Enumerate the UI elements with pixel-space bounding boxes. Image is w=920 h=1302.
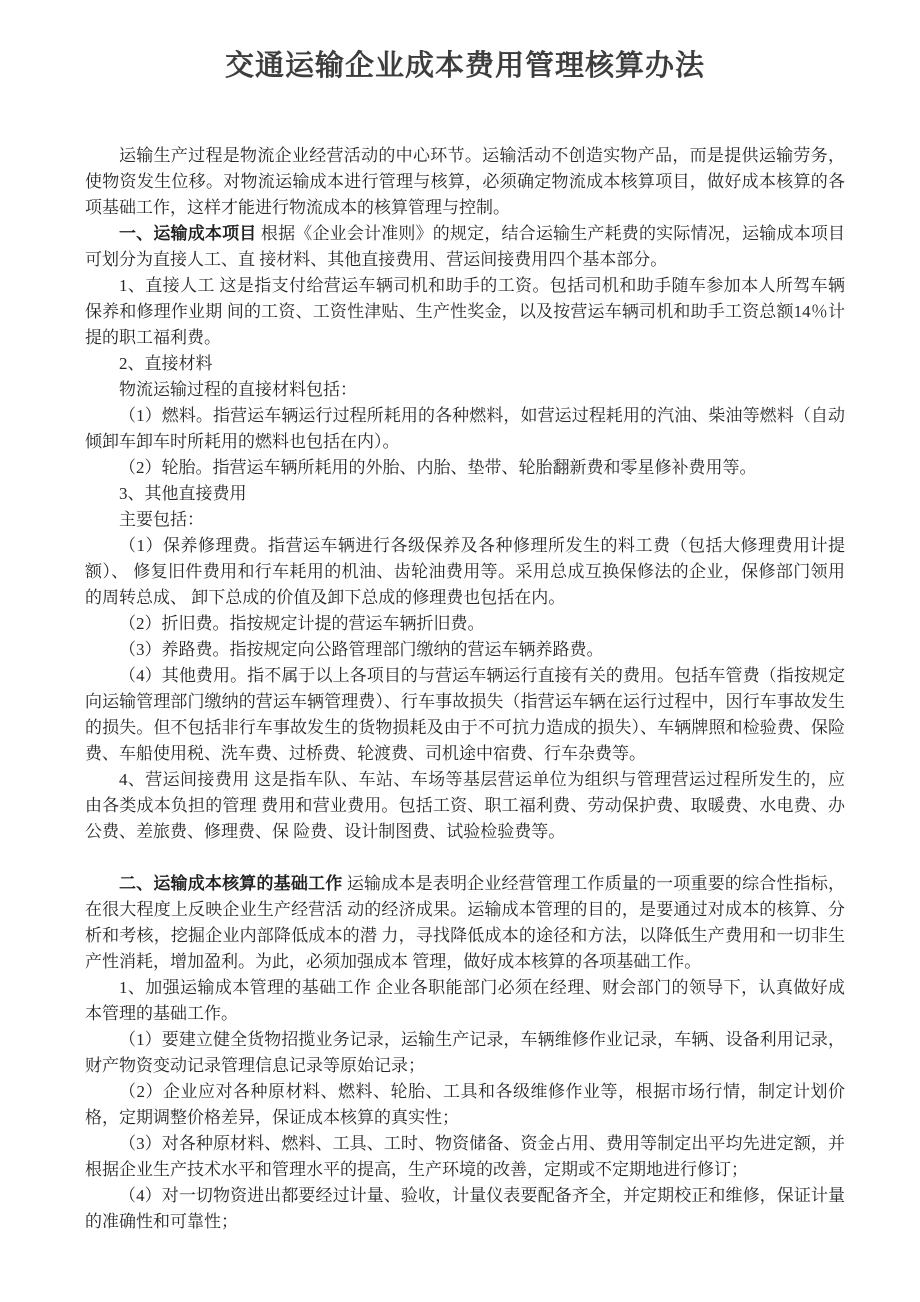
document-title: 交通运输企业成本费用管理核算办法 (85, 50, 845, 83)
paragraph: 运输生产过程是物流企业经营活动的中心环节。运输活动不创造实物产品，而是提供运输劳… (85, 143, 845, 221)
paragraph-text: 2、直接材料 (119, 354, 213, 373)
paragraph-text: 主要包括： (119, 510, 204, 529)
paragraph-lead: 一、运输成本项目 (119, 224, 256, 243)
paragraph-text: （3）养路费。指按规定向公路管理部门缴纳的营运车辆养路费。 (119, 640, 604, 659)
paragraph-text: 1、加强运输成本管理的基础工作 企业各职能部门必须在经理、财会部门的领导下，认真… (85, 978, 845, 1023)
paragraph: 1、直接人工 这是指支付给营运车辆司机和助手的工资。包括司机和助手随车参加本人所… (85, 273, 845, 351)
paragraph-text: 1、直接人工 这是指支付给营运车辆司机和助手的工资。包括司机和助手随车参加本人所… (85, 276, 845, 347)
paragraph-text: （2）折旧费。指按规定计提的营运车辆折旧费。 (119, 614, 485, 633)
paragraph-text: 3、其他直接费用 (119, 484, 247, 503)
paragraph: （1）保养修理费。指营运车辆进行各级保养及各种修理所发生的料工费（包括大修理费用… (85, 533, 845, 611)
paragraph-lead: 二、运输成本核算的基础工作 (119, 874, 342, 893)
paragraph-text: 运输生产过程是物流企业经营活动的中心环节。运输活动不创造实物产品，而是提供运输劳… (85, 146, 845, 217)
paragraph-text: （2）企业应对各种原材料、燃料、轮胎、工具和各级维修作业等，根据市场行情，制定计… (85, 1082, 845, 1127)
paragraph: （2）轮胎。指营运车辆所耗用的外胎、内胎、垫带、轮胎翻新费和零星修补费用等。 (85, 455, 845, 481)
paragraph: （4）对一切物资进出都要经过计量、验收，计量仪表要配备齐全，并定期校正和维修，保… (85, 1183, 845, 1235)
paragraph: （1）要建立健全货物招揽业务记录，运输生产记录，车辆维修作业记录，车辆、设备利用… (85, 1027, 845, 1079)
paragraph: 二、运输成本核算的基础工作 运输成本是表明企业经营管理工作质量的一项重要的综合性… (85, 871, 845, 975)
paragraph: （2）折旧费。指按规定计提的营运车辆折旧费。 (85, 611, 845, 637)
paragraph: 物流运输过程的直接材料包括： (85, 377, 845, 403)
paragraph: 主要包括： (85, 507, 845, 533)
paragraph-text: （1）保养修理费。指营运车辆进行各级保养及各种修理所发生的料工费（包括大修理费用… (85, 536, 845, 607)
paragraph: 一、运输成本项目 根据《企业会计准则》的规定，结合运输生产耗费的实际情况，运输成… (85, 221, 845, 273)
paragraph-text: 4、营运间接费用 这是指车队、车站、车场等基层营运单位为组织与管理营运过程所发生… (85, 770, 845, 841)
paragraph-text: （4）对一切物资进出都要经过计量、验收，计量仪表要配备齐全，并定期校正和维修，保… (85, 1186, 845, 1231)
paragraph: （2）企业应对各种原材料、燃料、轮胎、工具和各级维修作业等，根据市场行情，制定计… (85, 1079, 845, 1131)
paragraph: 3、其他直接费用 (85, 481, 845, 507)
paragraph-text: 物流运输过程的直接材料包括： (119, 380, 357, 399)
paragraph: 2、直接材料 (85, 351, 845, 377)
paragraph: （1）燃料。指营运车辆运行过程所耗用的各种燃料，如营运过程耗用的汽油、柴油等燃料… (85, 403, 845, 455)
document-page: 交通运输企业成本费用管理核算办法 运输生产过程是物流企业经营活动的中心环节。运输… (0, 0, 920, 1302)
paragraph: （3）养路费。指按规定向公路管理部门缴纳的营运车辆养路费。 (85, 637, 845, 663)
paragraph-text: （1）要建立健全货物招揽业务记录，运输生产记录，车辆维修作业记录，车辆、设备利用… (85, 1030, 845, 1075)
paragraph: 1、加强运输成本管理的基础工作 企业各职能部门必须在经理、财会部门的领导下，认真… (85, 975, 845, 1027)
paragraph: 4、营运间接费用 这是指车队、车站、车场等基层营运单位为组织与管理营运过程所发生… (85, 767, 845, 845)
paragraph: （4）其他费用。指不属于以上各项目的与营运车辆运行直接有关的费用。包括车管费（指… (85, 663, 845, 767)
paragraph-text: （3）对各种原材料、燃料、工具、工时、物资储备、资金占用、费用等制定出平均先进定… (85, 1134, 845, 1179)
paragraph: （3）对各种原材料、燃料、工具、工时、物资储备、资金占用、费用等制定出平均先进定… (85, 1131, 845, 1183)
paragraph-text: （4）其他费用。指不属于以上各项目的与营运车辆运行直接有关的费用。包括车管费（指… (85, 666, 845, 763)
paragraph-text: （1）燃料。指营运车辆运行过程所耗用的各种燃料，如营运过程耗用的汽油、柴油等燃料… (85, 406, 845, 451)
paragraph-text: （2）轮胎。指营运车辆所耗用的外胎、内胎、垫带、轮胎翻新费和零星修补费用等。 (119, 458, 757, 477)
